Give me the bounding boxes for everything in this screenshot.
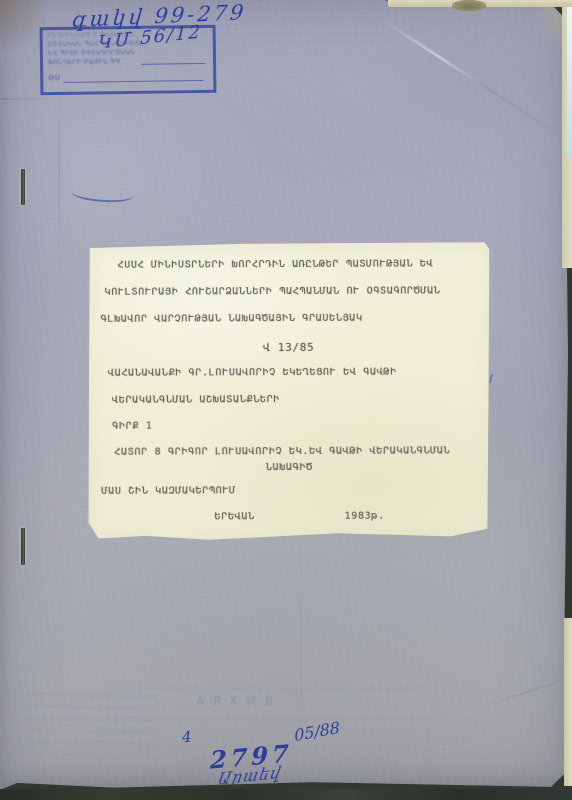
volume-line-continued: ՆԱԽԱԳԻԾ	[88, 461, 490, 474]
book-number: ԳԻՐՔ 1	[112, 421, 152, 432]
volume-line: ՀԱՏՈՐ 8 ԳՐԻԳՈՐ ԼՈՒՍԱՎՈՐԻՉ ԵԿ.ԵՎ ԳԱՎԹԻ ՎԵ…	[114, 445, 450, 457]
stamp-blank-rule	[63, 80, 203, 83]
underlying-page-edge-right-lower	[564, 618, 572, 786]
part-line: ՄԱՍ ՇԻՆ ԿԱԶՄԱԿԵՐՊՈՒՄ	[101, 485, 235, 497]
folder-cover: ԸՆԴՈՒՆՎԱԾ Է ՊԵՏԱԿԱՆ ՄՇՏԱԿԱՆ ՊԱՀՊԱՆՈՒԹՅԱՆ…	[0, 0, 568, 790]
stamp-blank-rule	[141, 63, 205, 65]
crease-vertical	[58, 92, 60, 262]
edge-stain	[452, 0, 486, 11]
title-line: ԳԼԽԱՎՈՐ ՎԱՐՉՈՒԹՅԱՆ ՆԱԽԱԳԾԱՅԻՆ ԳՐԱՍԵՆՅԱԿ	[101, 313, 363, 325]
title-line: ԿՈՒԼՏՈՒՐԱՅԻ ՀՈՒՇԱՐՁԱՆՆԵՐԻ ՊԱՀՊԱՆՄԱՆ ՈՒ Օ…	[105, 285, 441, 297]
subject-line: ՎԱՀԱՆԱՎԱՆՔԻ ԳՐ.ԼՈՒՍԱՎՈՐԻՉ ԵԿԵՂԵՑՈՒ ԵՎ ԳԱ…	[108, 367, 397, 379]
stamp-line: ՖՈՆԴԵՐԻ ԲԱԺԻՆ ԳԳ	[48, 58, 120, 66]
pen-stroke	[71, 183, 134, 205]
crease-top-right	[380, 18, 572, 146]
faint-archive-stamp-text: АРХИВ	[196, 694, 376, 708]
year: 1983թ.	[345, 511, 385, 522]
handwritten-date: 05/88	[294, 718, 341, 745]
scanner-background-band	[0, 789, 572, 800]
handwritten-small-number: 4	[181, 728, 192, 747]
city: ԵՐԵՎԱՆ	[215, 511, 255, 522]
scanner-edge-sliver	[567, 0, 572, 158]
pen-mark	[489, 374, 493, 383]
crease-left	[0, 98, 52, 100]
document-number: Վ 13/85	[88, 340, 490, 355]
typed-title-label: ՀՍՍՀ ՄԻՆԻՍՏՐՆԵՐԻ ԽՈՐՀՐԴԻՆ ԱՌԸՆԹԵՐ ՊԱՏՄՈՒ…	[87, 242, 490, 541]
staple-bottom	[21, 528, 25, 565]
subject-line: ՎԵՐԱԿԱՆԳՆՄԱՆ ԱՇԽԱՏԱՆՔՆԵՐԻ	[112, 394, 280, 406]
scanned-page: ԸՆԴՈՒՆՎԱԾ Է ՊԵՏԱԿԱՆ ՄՇՏԱԿԱՆ ՊԱՀՊԱՆՈՒԹՅԱՆ…	[0, 0, 572, 800]
staple-top	[21, 169, 25, 205]
crease-bottom-right	[473, 672, 572, 711]
title-line: ՀՍՍՀ ՄԻՆԻՍՏՐՆԵՐԻ ԽՈՐՀՐԴԻՆ ԱՌԸՆԹԵՐ ՊԱՏՄՈՒ…	[117, 258, 433, 270]
stamp-line: ԹՄ	[48, 74, 60, 82]
